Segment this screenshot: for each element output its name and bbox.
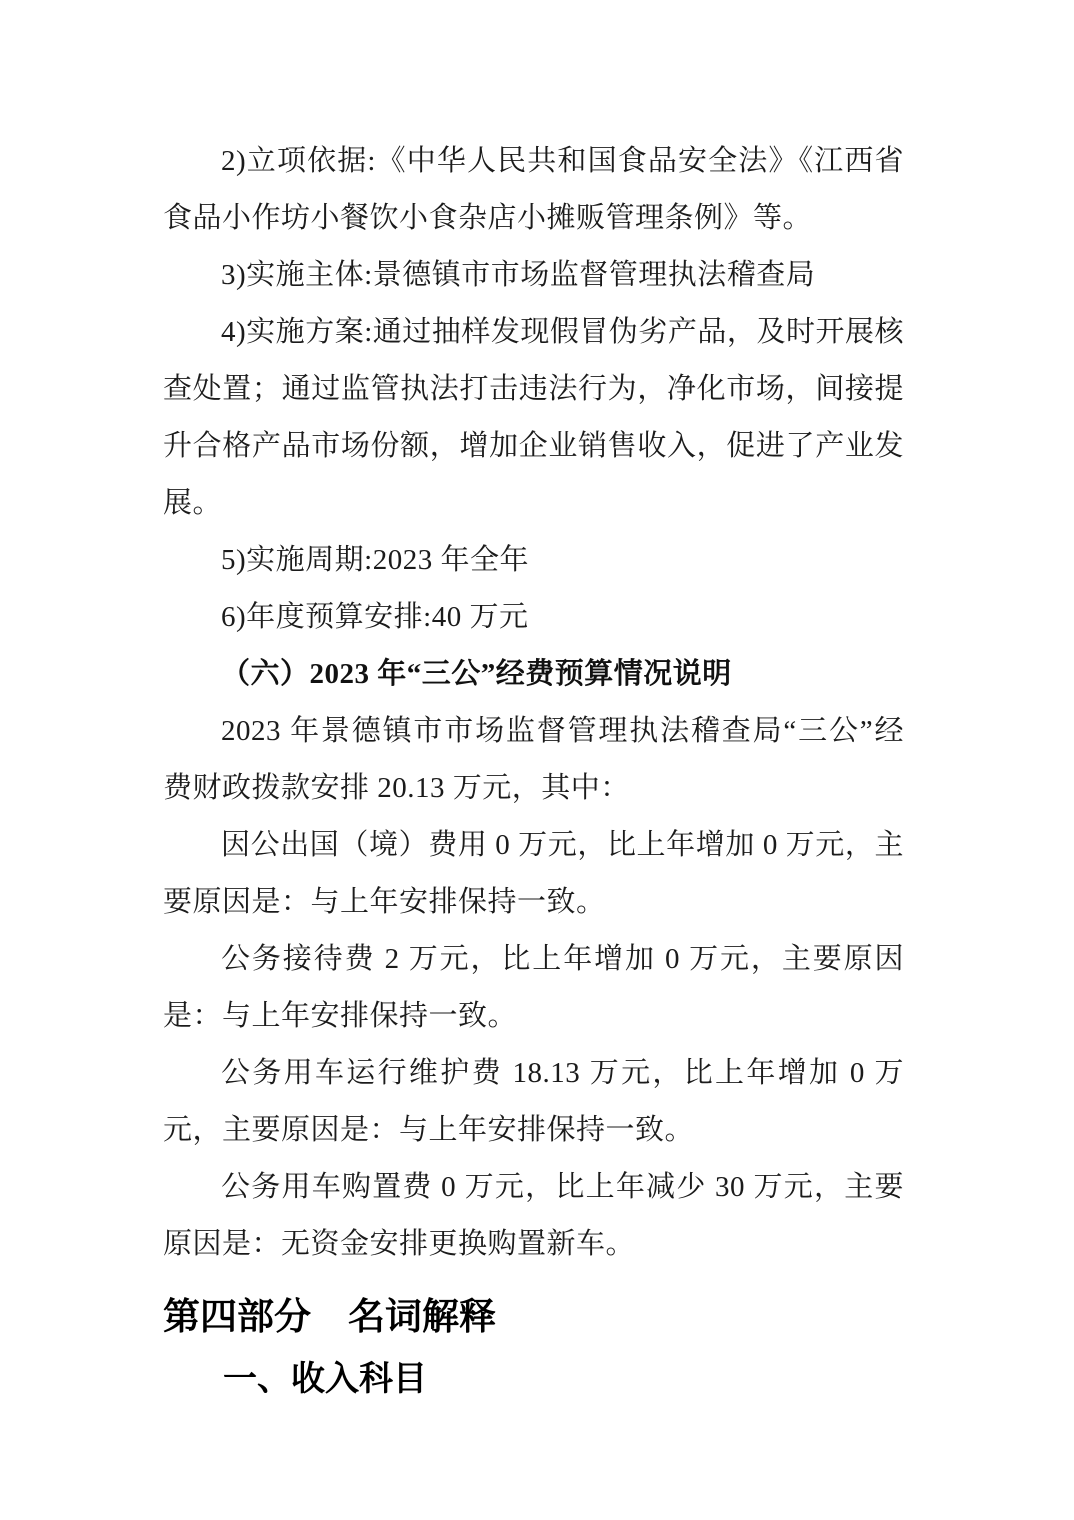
body-paragraph: 公务接待费 2 万元，比上年增加 0 万元，主要原因是：与上年安排保持一致。 bbox=[163, 931, 904, 1045]
part-4-heading: 第四部分 名词解释 bbox=[163, 1291, 904, 1343]
body-paragraph: 6)年度预算安排:40 万元 bbox=[163, 589, 904, 646]
income-subject-heading: 一、收入科目 bbox=[163, 1353, 904, 1405]
body-paragraph: 2)立项依据:《中华人民共和国食品安全法》《江西省食品小作坊小餐饮小食杂店小摊贩… bbox=[163, 133, 904, 247]
body-paragraph: 4)实施方案:通过抽样发现假冒伪劣产品，及时开展核查处置；通过监管执法打击违法行… bbox=[163, 304, 904, 532]
sangong-budget-heading: （六）2023 年“三公”经费预算情况说明 bbox=[163, 646, 904, 703]
body-paragraph: 公务用车购置费 0 万元，比上年减少 30 万元，主要原因是：无资金安排更换购置… bbox=[163, 1159, 904, 1273]
body-paragraph: 5)实施周期:2023 年全年 bbox=[163, 532, 904, 589]
body-paragraph: 2023 年景德镇市市场监督管理执法稽查局“三公”经费财政拨款安排 20.13 … bbox=[163, 703, 904, 817]
document-page: 2)立项依据:《中华人民共和国食品安全法》《江西省食品小作坊小餐饮小食杂店小摊贩… bbox=[0, 0, 1074, 1520]
body-paragraph: 因公出国（境）费用 0 万元，比上年增加 0 万元，主要原因是：与上年安排保持一… bbox=[163, 817, 904, 931]
body-paragraph: 3)实施主体:景德镇市市场监督管理执法稽查局 bbox=[163, 247, 904, 304]
body-paragraph: 公务用车运行维护费 18.13 万元，比上年增加 0 万元，主要原因是：与上年安… bbox=[163, 1045, 904, 1159]
